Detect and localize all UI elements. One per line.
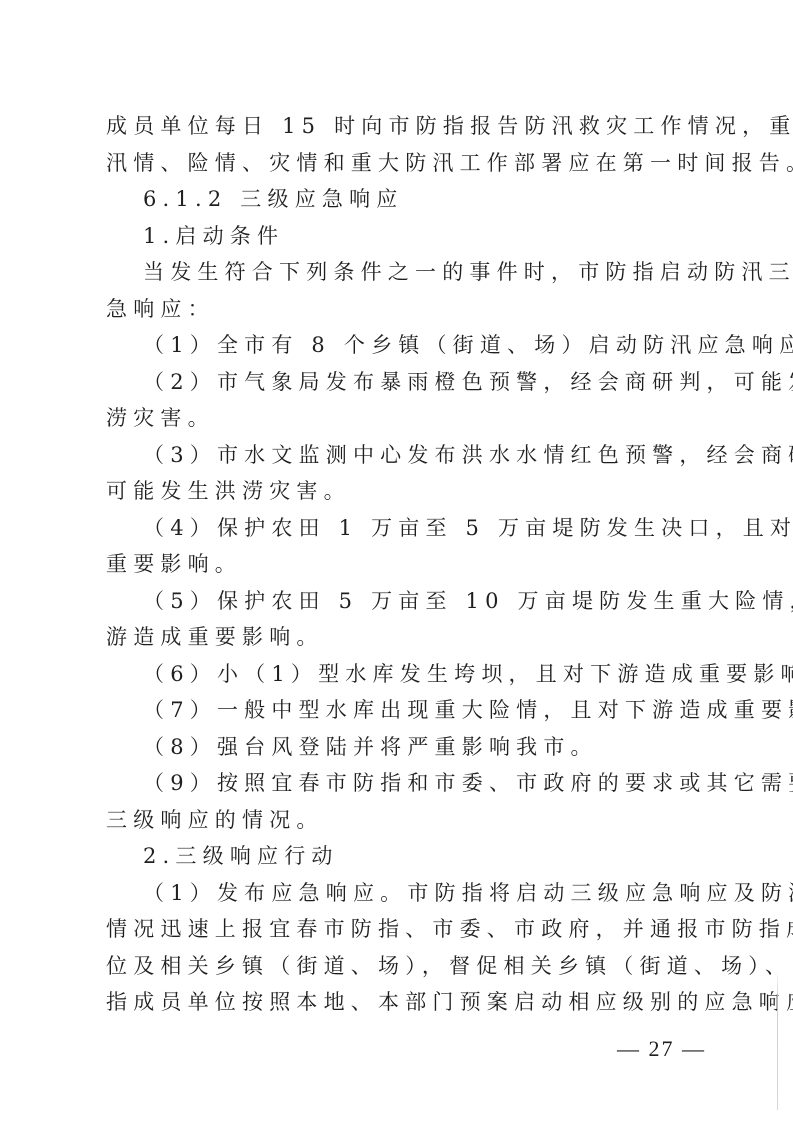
body-text: 成员单位每日 15 时向市防指报告防汛救灾工作情况，重大突发性 汛情、险情、灾情… bbox=[106, 108, 706, 1021]
text-line: 位及相关乡镇（街道、场），督促相关乡镇（街道、场）、市防 bbox=[106, 948, 706, 985]
condition-item-5: （5）保护农田 5 万亩至 10 万亩堤防发生重大险情，且对下 bbox=[106, 583, 706, 620]
page-number: — 27 — bbox=[617, 1036, 706, 1062]
text-line: 三级响应的情况。 bbox=[106, 802, 706, 839]
subheading-start-conditions: 1.启动条件 bbox=[106, 218, 706, 255]
condition-item-8: （8）强台风登陆并将严重影响我市。 bbox=[106, 729, 706, 766]
condition-item-7: （7）一般中型水库出现重大险情，且对下游造成重要影响。 bbox=[106, 692, 706, 729]
condition-item-1: （1）全市有 8 个乡镇（街道、场）启动防汛应急响应。 bbox=[106, 327, 706, 364]
section-heading-6-1-2: 6.1.2 三级应急响应 bbox=[106, 181, 706, 218]
text-line: 涝灾害。 bbox=[106, 400, 706, 437]
text-line: 情况迅速上报宜春市防指、市委、市政府，并通报市防指成员单 bbox=[106, 911, 706, 948]
text-line: 可能发生洪涝灾害。 bbox=[106, 473, 706, 510]
text-line: 游造成重要影响。 bbox=[106, 619, 706, 656]
text-line: 急响应： bbox=[106, 291, 706, 328]
condition-item-4: （4）保护农田 1 万亩至 5 万亩堤防发生决口，且对下游造成 bbox=[106, 510, 706, 547]
condition-item-2: （2）市气象局发布暴雨橙色预警，经会商研判，可能发生洪 bbox=[106, 364, 706, 401]
condition-item-3: （3）市水文监测中心发布洪水水情红色预警，经会商研判， bbox=[106, 437, 706, 474]
condition-item-6: （6）小（1）型水库发生垮坝，且对下游造成重要影响。 bbox=[106, 656, 706, 693]
action-item-1: （1）发布应急响应。市防指将启动三级应急响应及防汛救灾 bbox=[106, 875, 706, 912]
text-line: 指成员单位按照本地、本部门预案启动相应级别的应急响应，市 bbox=[106, 984, 706, 1021]
document-page: 成员单位每日 15 时向市防指报告防汛救灾工作情况，重大突发性 汛情、险情、灾情… bbox=[0, 0, 793, 1122]
text-line: 当发生符合下列条件之一的事件时，市防指启动防汛三级应 bbox=[106, 254, 706, 291]
text-line: 重要影响。 bbox=[106, 546, 706, 583]
subheading-response-actions: 2.三级响应行动 bbox=[106, 838, 706, 875]
condition-item-9: （9）按照宜春市防指和市委、市政府的要求或其它需要启动 bbox=[106, 765, 706, 802]
text-line: 汛情、险情、灾情和重大防汛工作部署应在第一时间报告。 bbox=[106, 145, 706, 182]
text-line: 成员单位每日 15 时向市防指报告防汛救灾工作情况，重大突发性 bbox=[106, 108, 706, 145]
scan-artifact-line bbox=[777, 970, 778, 1110]
